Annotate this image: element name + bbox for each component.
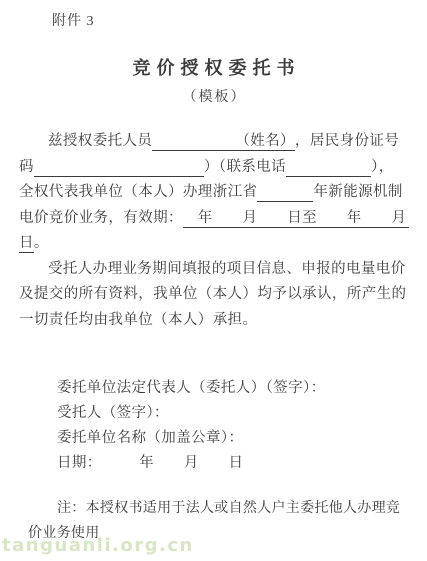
body-paragraph-authorization: 兹授权委托人员 （姓名），居民身份证号码 ）（联系电话 ），全权代表我单位（本人…	[19, 129, 409, 257]
paragraph-line: 兹授权委托人员 （姓名），居民身份证号	[19, 129, 409, 155]
blank-field	[34, 159, 204, 177]
text-segment: 一切责任均由我单位（本人）承担。	[19, 308, 257, 329]
paragraph-line: 一切责任均由我单位（本人）承担。	[19, 308, 409, 334]
text-segment: ，居民身份证号	[295, 129, 399, 150]
text-segment: 。	[34, 231, 49, 252]
text-segment: 电价竞价业务，有效期：	[19, 206, 183, 227]
blank-field	[257, 184, 313, 202]
paragraph-line: 受托人办理业务期间填报的项目信息、申报的电量电价	[19, 257, 409, 283]
text-segment: 及提交的所有资料，我单位（本人）均予以承认，所产生的	[19, 282, 406, 303]
blank-field	[286, 159, 371, 177]
text-segment: 日	[19, 231, 34, 253]
text-segment: 受托人办理业务期间填报的项目信息、申报的电量电价	[48, 257, 406, 278]
paragraph-line: 全权代表我单位（本人）办理浙江省 年新能源机制	[19, 180, 409, 206]
signature-line: 日期： 年 月 日	[57, 451, 326, 476]
text-segment: ），	[371, 155, 394, 176]
watermark: tanguanli.org.cn	[2, 535, 194, 556]
text-segment: 码	[19, 155, 34, 176]
document-body: 兹授权委托人员 （姓名），居民身份证号码 ）（联系电话 ），全权代表我单位（本人…	[19, 129, 409, 333]
paragraph-line: 及提交的所有资料，我单位（本人）均予以承认，所产生的	[19, 282, 409, 308]
signature-line: 委托单位名称（加盖公章）：	[57, 426, 326, 451]
signature-line: 委托单位法定代表人（委托人）（签字）：	[57, 376, 326, 401]
document-page: 附件 3 竞价授权委托书 （模板） 兹授权委托人员 （姓名），居民身份证号码 ）…	[0, 0, 427, 561]
text-segment: 兹授权委托人员	[48, 129, 152, 150]
paragraph-line: 码 ）（联系电话 ），	[19, 155, 409, 181]
signature-block: 委托单位法定代表人（委托人）（签字）：受托人（签字）：委托单位名称（加盖公章）：…	[57, 376, 326, 476]
document-title: 竞价授权委托书	[0, 54, 427, 80]
blank-field	[152, 133, 235, 151]
text-segment: 年 月 日至 年 月	[183, 206, 409, 228]
text-segment: 全权代表我单位（本人）办理浙江省	[19, 180, 257, 201]
paragraph-line: 日。	[19, 231, 409, 257]
signature-line: 受托人（签字）：	[57, 401, 326, 426]
text-segment: （姓名）	[235, 129, 295, 151]
document-subtitle: （模板）	[0, 86, 427, 106]
attachment-label: 附件 3	[52, 10, 95, 30]
body-paragraph-liability: 受托人办理业务期间填报的项目信息、申报的电量电价及提交的所有资料，我单位（本人）…	[19, 257, 409, 334]
text-segment: 年新能源机制	[313, 180, 402, 201]
text-segment: ）（联系电话	[204, 155, 286, 176]
note-line: 注：本授权书适用于法人或自然人户主委托他人办理竞	[19, 497, 409, 522]
paragraph-line: 电价竞价业务，有效期： 年 月 日至 年 月	[19, 206, 409, 232]
